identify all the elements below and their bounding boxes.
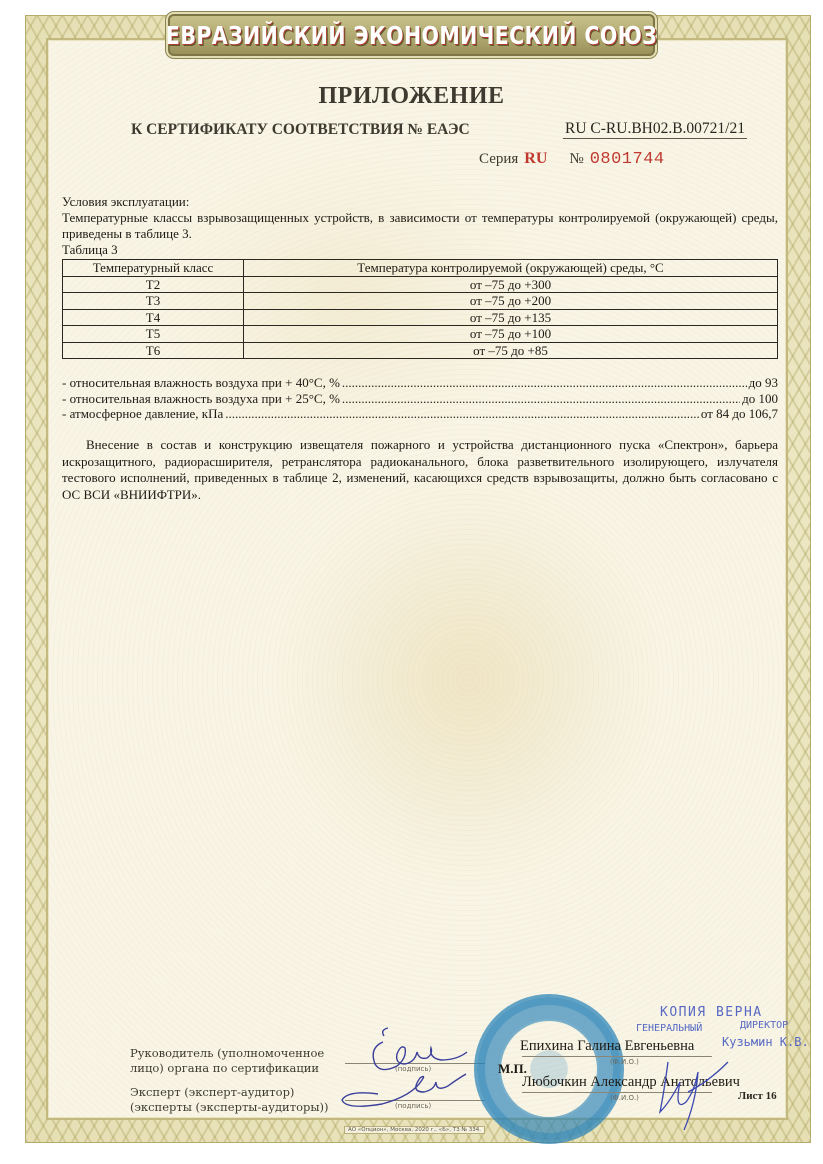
- parameter-value: до 100: [742, 391, 778, 407]
- operating-parameters: - относительная влажность воздуха при + …: [62, 375, 778, 422]
- parameter-value: от 84 до 106,7: [701, 406, 778, 422]
- certificate-number: RU C-RU.BH02.B.00721/21: [563, 120, 747, 139]
- table-row: Т4 от –75 до +135: [63, 309, 778, 326]
- number-label: №: [569, 151, 583, 167]
- union-banner: ЕВРАЗИЙСКИЙ ЭКОНОМИЧЕСКИЙ СОЮЗ: [168, 14, 655, 56]
- parameter-label: - относительная влажность воздуха при + …: [62, 391, 340, 407]
- temperature-class: Т4: [63, 309, 244, 326]
- parameter-value: до 93: [749, 375, 778, 391]
- temperature-range: от –75 до +200: [244, 293, 778, 310]
- head-of-body-label: Руководитель (уполномоченное лицо) орган…: [130, 1046, 324, 1076]
- table-header-row: Температурный класс Температура контроли…: [63, 260, 778, 277]
- expert-label: Эксперт (эксперт-аудитор) (эксперты (экс…: [130, 1085, 329, 1115]
- table-caption: Таблица 3: [62, 242, 778, 258]
- series-line: СерияRU№0801744: [479, 150, 665, 169]
- expert-label-line2: (эксперты (эксперты-аудиторы)): [130, 1100, 329, 1115]
- head-label-line2: лицо) органа по сертификации: [130, 1061, 324, 1076]
- expert-label-line1: Эксперт (эксперт-аудитор): [130, 1085, 329, 1100]
- header-ambient-temperature: Температура контролируемой (окружающей) …: [244, 260, 778, 277]
- temperature-class: Т6: [63, 342, 244, 359]
- temperature-range: от –75 до +100: [244, 326, 778, 343]
- table-row: Т2 от –75 до +300: [63, 276, 778, 293]
- temperature-range: от –75 до +85: [244, 342, 778, 359]
- temperature-class: Т2: [63, 276, 244, 293]
- conditions-heading: Условия эксплуатации:: [62, 194, 778, 210]
- copy-stamp-title: КОПИЯ ВЕРНА: [660, 1005, 763, 1020]
- page-title: ПРИЛОЖЕНИЕ: [0, 83, 823, 110]
- copy-stamp-name: Кузьмин К.В.: [722, 1035, 809, 1049]
- parameter-pressure: - атмосферное давление, кПа от 84 до 106…: [62, 406, 778, 422]
- modification-notice: Внесение в состав и конструкцию извещате…: [62, 437, 778, 503]
- copy-stamp-position-2: ДИРЕКТОР: [740, 1020, 788, 1031]
- header-temperature-class: Температурный класс: [63, 260, 244, 277]
- series-value: RU: [524, 150, 547, 167]
- temperature-range: от –75 до +135: [244, 309, 778, 326]
- temperature-class: Т5: [63, 326, 244, 343]
- table-row: Т3 от –75 до +200: [63, 293, 778, 310]
- printer-imprint: АО «Опцион», Москва, 2020 г., «Б», Т3 № …: [344, 1126, 485, 1134]
- expert-name-caption: (Ф.И.О.): [610, 1094, 639, 1102]
- sheet-number: Лист 16: [738, 1090, 777, 1102]
- head-name-caption: (Ф.И.О.): [610, 1058, 639, 1066]
- dot-leader: [225, 406, 699, 422]
- parameter-label: - относительная влажность воздуха при + …: [62, 375, 340, 391]
- head-label-line1: Руководитель (уполномоченное: [130, 1046, 324, 1061]
- temperature-class-table: Температурный класс Температура контроли…: [62, 259, 778, 359]
- director-signature-icon: [648, 1052, 738, 1132]
- parameter-humidity-40: - относительная влажность воздуха при + …: [62, 375, 778, 391]
- organization-seal-icon: [474, 994, 624, 1144]
- table-row: Т6 от –75 до +85: [63, 342, 778, 359]
- copy-stamp-position-1: ГЕНЕРАЛЬНЫЙ: [636, 1023, 702, 1034]
- parameter-label: - атмосферное давление, кПа: [62, 406, 223, 422]
- table-row: Т5 от –75 до +100: [63, 326, 778, 343]
- dot-leader: [342, 375, 747, 391]
- temperature-class: Т3: [63, 293, 244, 310]
- conditions-paragraph: Температурные классы взрывозащищенных ус…: [62, 210, 778, 242]
- blank-number: 0801744: [590, 150, 665, 169]
- temperature-range: от –75 до +300: [244, 276, 778, 293]
- parameter-humidity-25: - относительная влажность воздуха при + …: [62, 391, 778, 407]
- banner-text: ЕВРАЗИЙСКИЙ ЭКОНОМИЧЕСКИЙ СОЮЗ: [166, 21, 657, 50]
- head-signature-icon: [338, 1022, 478, 1112]
- dot-leader: [342, 391, 740, 407]
- certificate-subtitle: К СЕРТИФИКАТУ СООТВЕТСТВИЯ № ЕАЭС: [131, 121, 470, 139]
- series-label: Серия: [479, 151, 518, 167]
